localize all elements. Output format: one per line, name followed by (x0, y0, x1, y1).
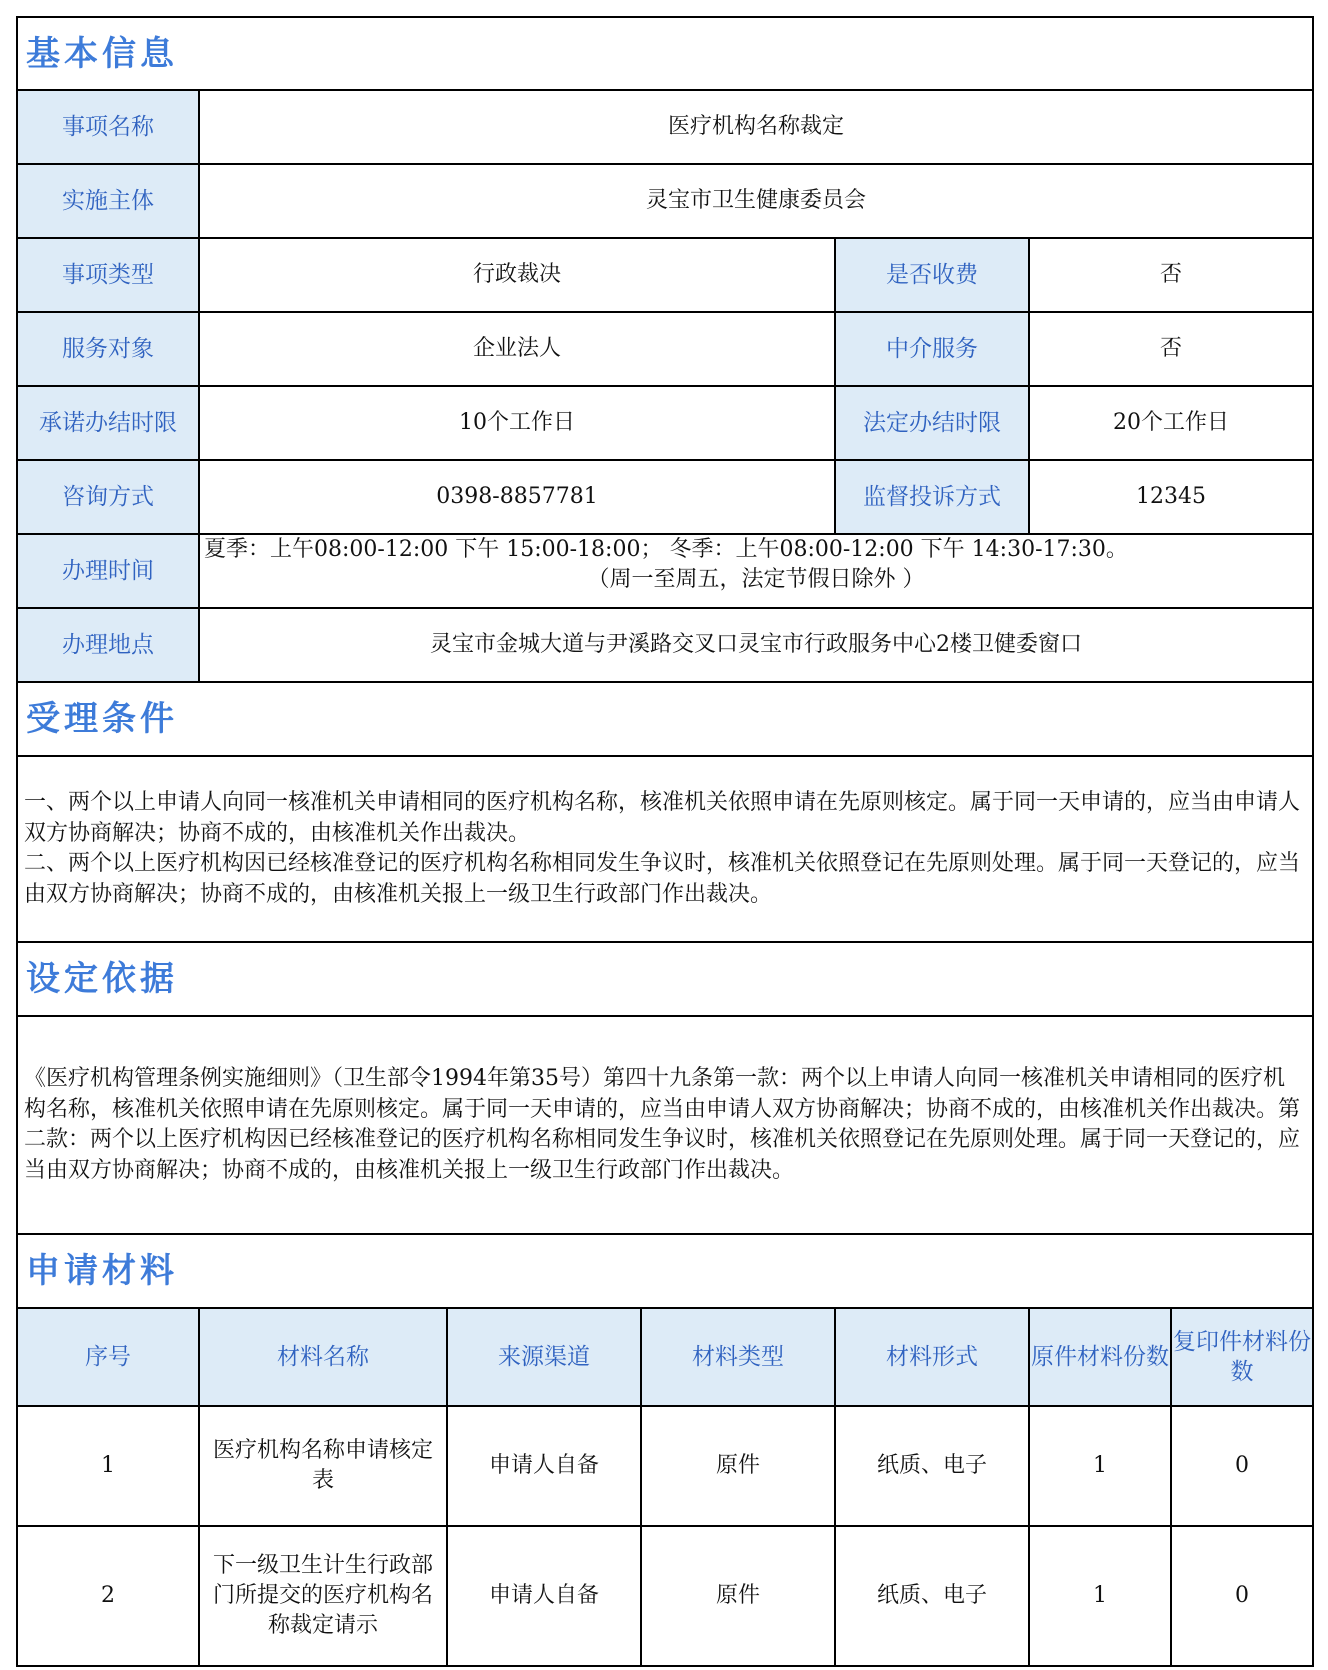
cell-copy-count: 0 (1171, 1526, 1313, 1666)
section-title-conditions: 受理条件 (17, 682, 1313, 756)
col-header-source: 来源渠道 (447, 1308, 641, 1406)
service-guide-sheet: 基本信息 事项名称 医疗机构名称裁定 实施主体 灵宝市卫生健康委员会 事项类型 … (16, 16, 1312, 1667)
cell-original-count: 1 (1029, 1406, 1171, 1526)
label-item-type: 事项类型 (17, 238, 199, 312)
value-legal-limit: 20个工作日 (1029, 386, 1313, 460)
cell-source: 申请人自备 (447, 1406, 641, 1526)
cell-type: 原件 (641, 1526, 835, 1666)
label-charge: 是否收费 (835, 238, 1029, 312)
label-implementer: 实施主体 (17, 164, 199, 238)
conditions-text: 一、两个以上申请人向同一核准机关申请相同的医疗机构名称，核准机关依照申请在先原则… (17, 756, 1313, 942)
cell-no: 2 (17, 1526, 199, 1666)
cell-type: 原件 (641, 1406, 835, 1526)
label-complaint: 监督投诉方式 (835, 460, 1029, 534)
hours-line-1: 夏季：上午08:00-12:00 下午 15:00-18:00； 冬季：上午08… (200, 535, 1312, 565)
table-row: 1 医疗机构名称申请核定表 申请人自备 原件 纸质、电子 1 0 (17, 1406, 1313, 1526)
cell-copy-count: 0 (1171, 1406, 1313, 1526)
cell-original-count: 1 (1029, 1526, 1171, 1666)
section-title-basis: 设定依据 (17, 942, 1313, 1016)
col-header-no: 序号 (17, 1308, 199, 1406)
basic-info-table: 基本信息 事项名称 医疗机构名称裁定 实施主体 灵宝市卫生健康委员会 事项类型 … (16, 16, 1314, 1667)
cell-source: 申请人自备 (447, 1526, 641, 1666)
value-location: 灵宝市金城大道与尹溪路交叉口灵宝市行政服务中心2楼卫健委窗口 (199, 608, 1313, 682)
col-header-copy-count: 复印件材料份数 (1171, 1308, 1313, 1406)
col-header-type: 材料类型 (641, 1308, 835, 1406)
cell-form: 纸质、电子 (835, 1406, 1029, 1526)
label-consult: 咨询方式 (17, 460, 199, 534)
label-item-name: 事项名称 (17, 90, 199, 164)
materials-header-row: 序号 材料名称 来源渠道 材料类型 材料形式 原件材料份数 复印件材料份数 (17, 1308, 1313, 1406)
basis-text: 《医疗机构管理条例实施细则》（卫生部令1994年第35号）第四十九条第一款：两个… (17, 1016, 1313, 1234)
cell-no: 1 (17, 1406, 199, 1526)
col-header-name: 材料名称 (199, 1308, 447, 1406)
value-hours: 夏季：上午08:00-12:00 下午 15:00-18:00； 冬季：上午08… (199, 534, 1313, 608)
value-complaint: 12345 (1029, 460, 1313, 534)
label-intermediary: 中介服务 (835, 312, 1029, 386)
conditions-para-1: 一、两个以上申请人向同一核准机关申请相同的医疗机构名称，核准机关依照申请在先原则… (24, 788, 1306, 849)
cell-name: 下一级卫生计生行政部门所提交的医疗机构名称裁定请示 (199, 1526, 447, 1666)
hours-line-2: （周一至周五，法定节假日除外 ） (200, 565, 1312, 595)
value-item-type: 行政裁决 (199, 238, 835, 312)
label-legal-limit: 法定办结时限 (835, 386, 1029, 460)
value-consult: 0398-8857781 (199, 460, 835, 534)
value-implementer: 灵宝市卫生健康委员会 (199, 164, 1313, 238)
label-service-target: 服务对象 (17, 312, 199, 386)
value-charge: 否 (1029, 238, 1313, 312)
label-promised-limit: 承诺办结时限 (17, 386, 199, 460)
label-hours: 办理时间 (17, 534, 199, 608)
value-intermediary: 否 (1029, 312, 1313, 386)
cell-form: 纸质、电子 (835, 1526, 1029, 1666)
section-title-materials: 申请材料 (17, 1234, 1313, 1308)
cell-name: 医疗机构名称申请核定表 (199, 1406, 447, 1526)
value-promised-limit: 10个工作日 (199, 386, 835, 460)
conditions-para-2: 二、两个以上医疗机构因已经核准登记的医疗机构名称相同发生争议时，核准机关依照登记… (24, 849, 1306, 910)
section-title-basic-info: 基本信息 (17, 17, 1313, 90)
value-service-target: 企业法人 (199, 312, 835, 386)
table-row: 2 下一级卫生计生行政部门所提交的医疗机构名称裁定请示 申请人自备 原件 纸质、… (17, 1526, 1313, 1666)
col-header-form: 材料形式 (835, 1308, 1029, 1406)
label-location: 办理地点 (17, 608, 199, 682)
col-header-original-count: 原件材料份数 (1029, 1308, 1171, 1406)
value-item-name: 医疗机构名称裁定 (199, 90, 1313, 164)
